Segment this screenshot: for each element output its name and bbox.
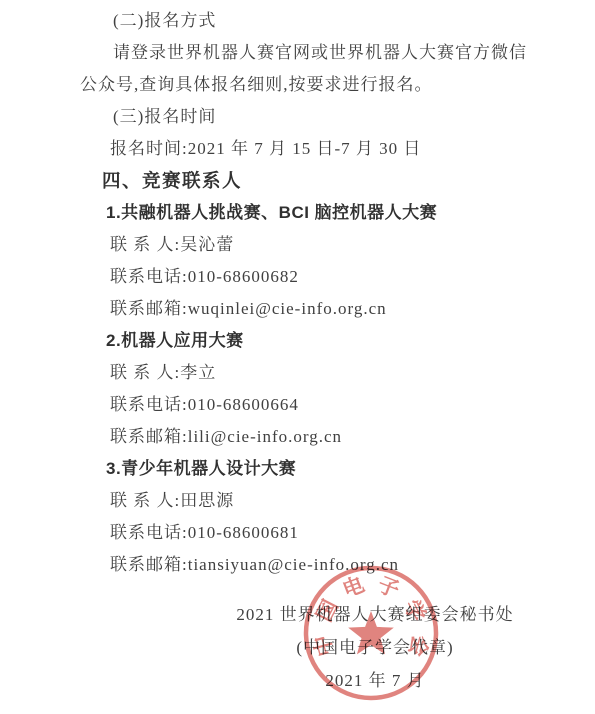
contact-block-2: 2.机器人应用大赛 联 系 人:李立 联系电话:010-68600664 联系邮…	[80, 325, 525, 453]
document-body: (二)报名方式 请登录世界机器人赛官网或世界机器人大赛官方微信 公众号,查询具体…	[0, 0, 595, 581]
contact-block-3: 3.青少年机器人设计大赛 联 系 人:田思源 联系电话:010-68600681…	[80, 453, 525, 581]
contact-block-1: 1.共融机器人挑战赛、BCI 脑控机器人大赛 联 系 人:吴沁蕾 联系电话:01…	[80, 197, 525, 325]
section-heading-registration-method: (二)报名方式	[80, 5, 525, 37]
contact-phone: 联系电话:010-68600681	[80, 517, 525, 549]
contact-email: 联系邮箱:lili@cie-info.org.cn	[80, 421, 525, 453]
contact-email: 联系邮箱:tiansiyuan@cie-info.org.cn	[80, 549, 525, 581]
competition-title: 2.机器人应用大赛	[80, 325, 525, 357]
contact-person: 联 系 人:田思源	[80, 485, 525, 517]
section-heading-registration-time: (三)报名时间	[80, 101, 525, 133]
signature-organization: 2021 世界机器人大赛组委会秘书处	[190, 606, 560, 623]
registration-method-paragraph-line-2: 公众号,查询具体报名细则,按要求进行报名。	[80, 69, 525, 101]
registration-time-value: 报名时间:2021 年 7 月 15 日-7 月 30 日	[80, 133, 525, 165]
contact-email: 联系邮箱:wuqinlei@cie-info.org.cn	[80, 293, 525, 325]
contact-person: 联 系 人:吴沁蕾	[80, 229, 525, 261]
document-page: (二)报名方式 请登录世界机器人赛官网或世界机器人大赛官方微信 公众号,查询具体…	[0, 0, 595, 714]
contact-phone: 联系电话:010-68600664	[80, 389, 525, 421]
contact-phone: 联系电话:010-68600682	[80, 261, 525, 293]
section-heading-contacts: 四、竞赛联系人	[80, 165, 525, 197]
competition-title: 1.共融机器人挑战赛、BCI 脑控机器人大赛	[80, 197, 525, 229]
contact-person: 联 系 人:李立	[80, 357, 525, 389]
signature-block: 2021 世界机器人大赛组委会秘书处 (中国电子学会代章) 2021 年 7 月	[190, 606, 560, 705]
signature-on-behalf: (中国电子学会代章)	[190, 639, 560, 656]
competition-title: 3.青少年机器人设计大赛	[80, 453, 525, 485]
registration-method-paragraph-line-1: 请登录世界机器人赛官网或世界机器人大赛官方微信	[80, 37, 525, 69]
signature-date: 2021 年 7 月	[190, 672, 560, 689]
